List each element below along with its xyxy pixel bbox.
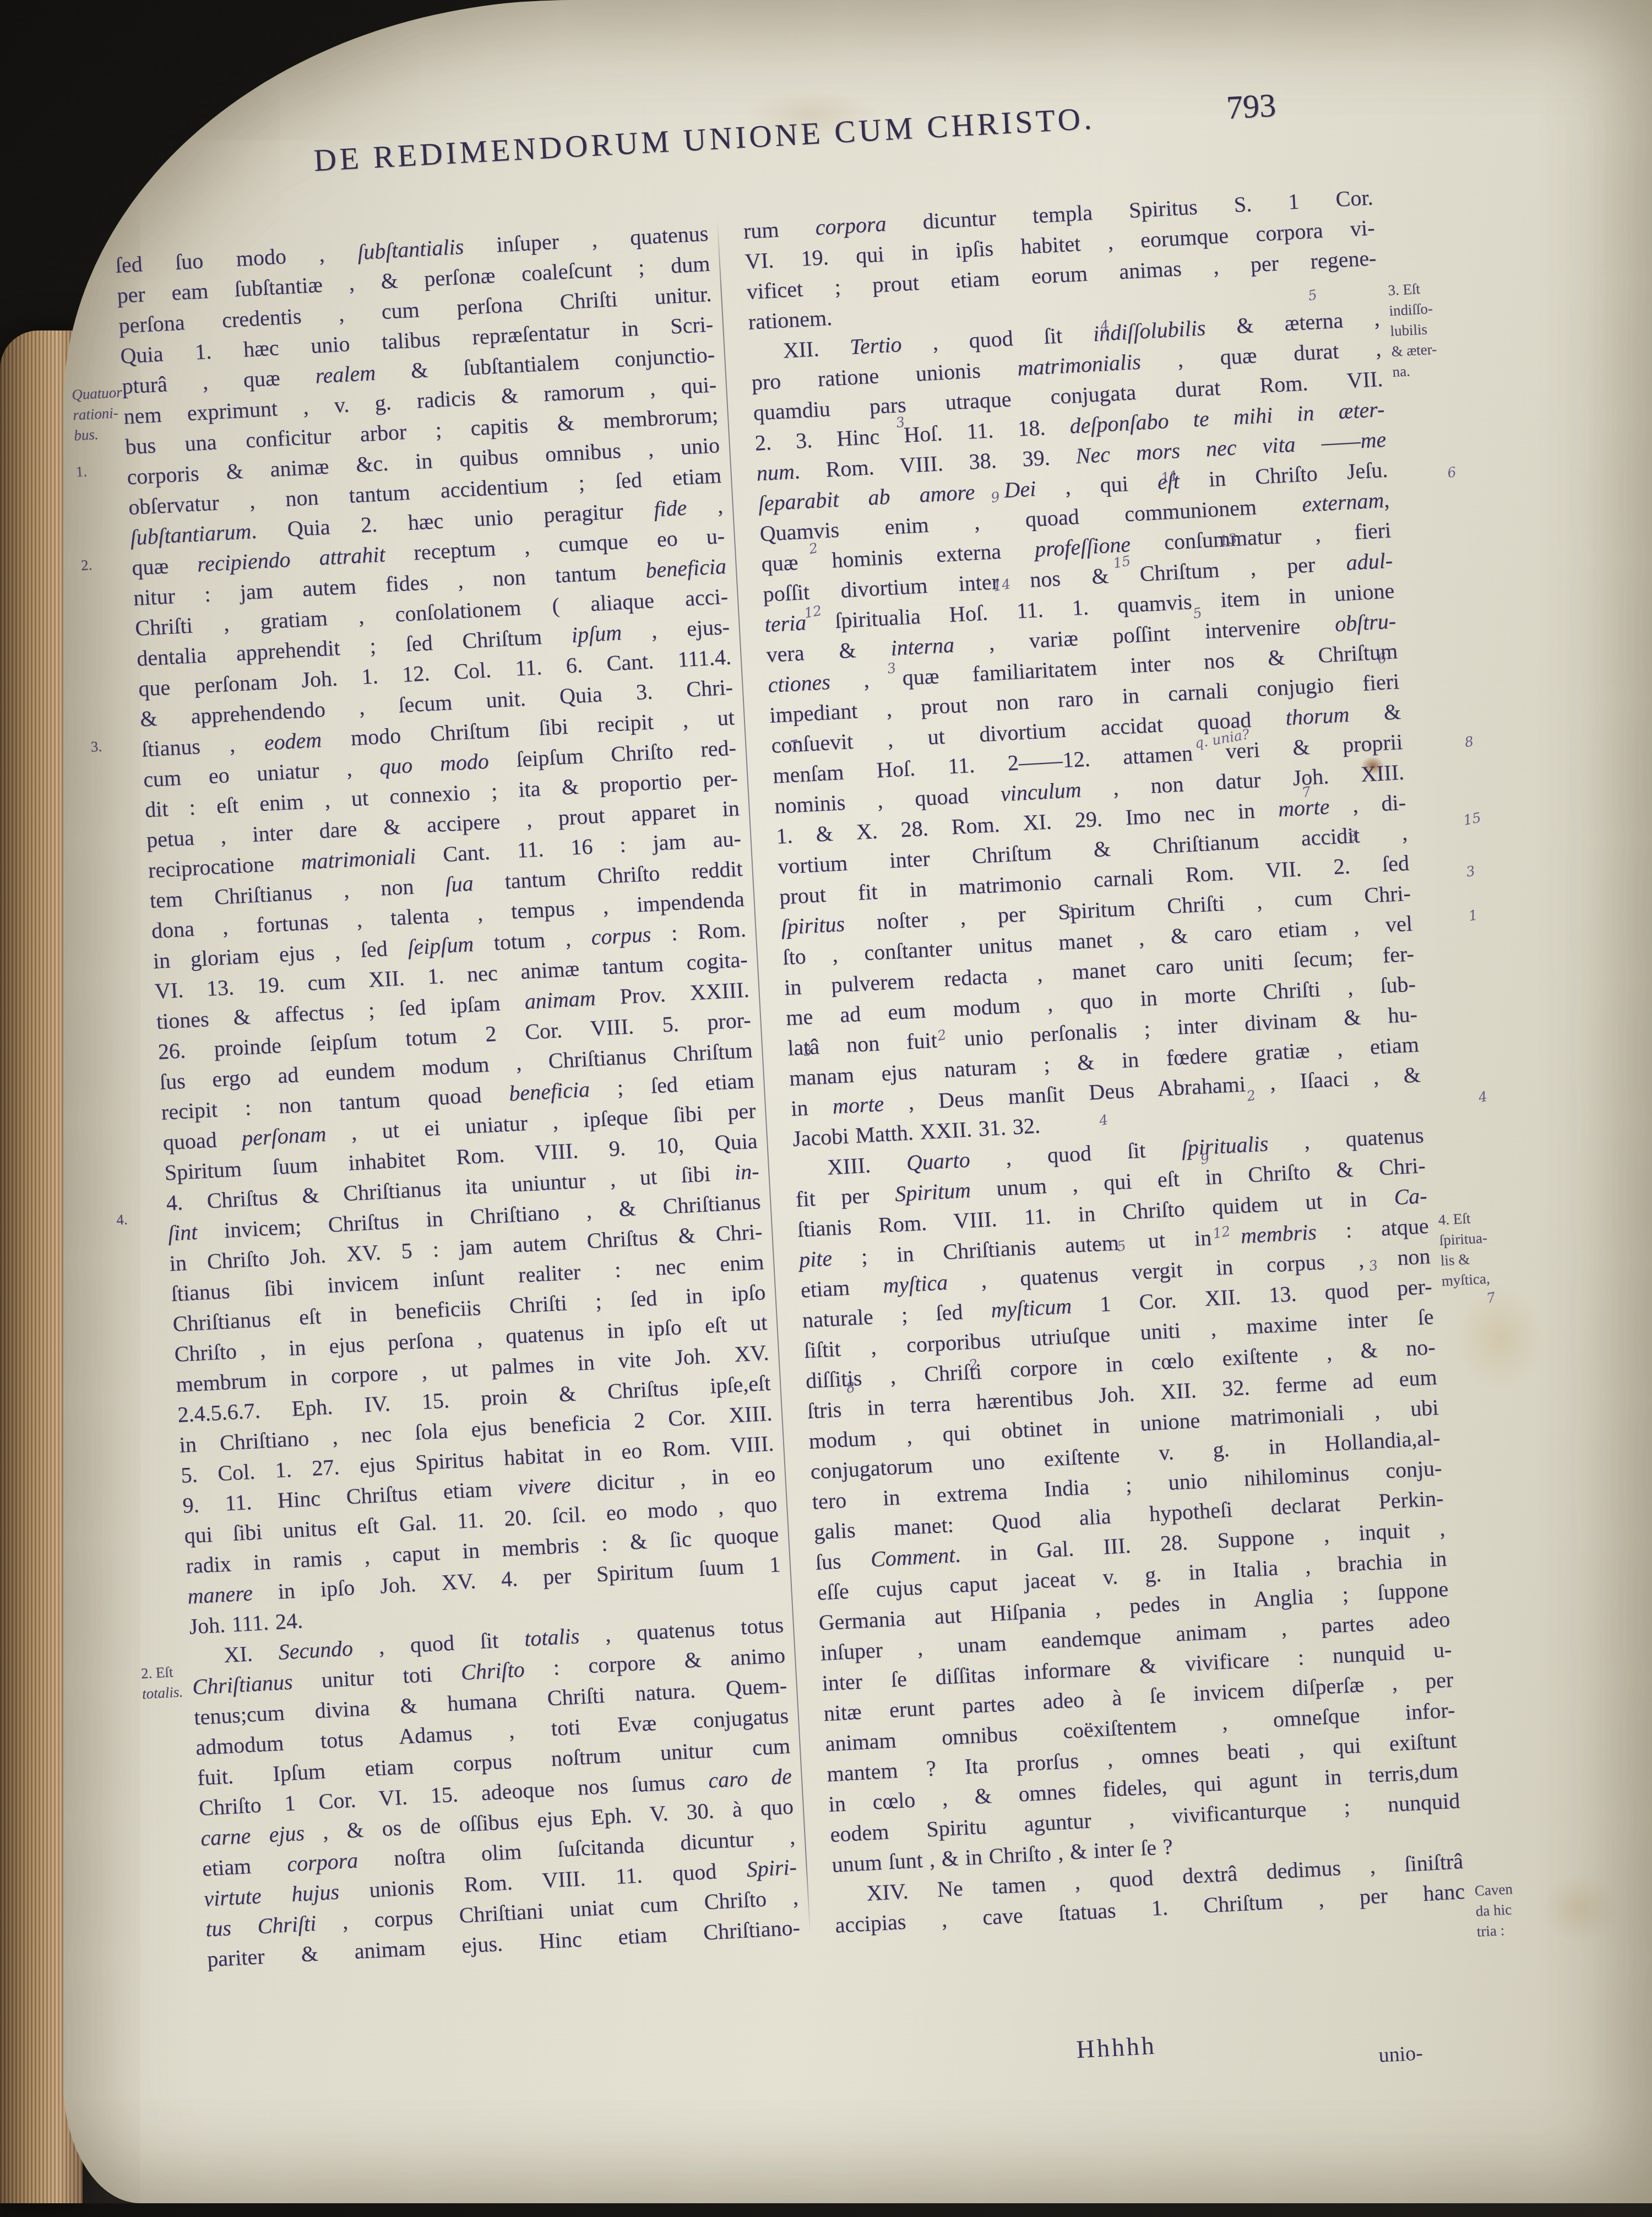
margin-note-line: totalis. [142, 1682, 183, 1704]
handwritten-number: 12 [803, 603, 823, 621]
margin-note-line: 1. [75, 461, 88, 482]
margin-note-line: tria : [1476, 1920, 1515, 1942]
scanned-book-page: DE REDIMENDORUM UNIONE CUM CHRISTO. 793 … [63, 0, 1652, 2203]
handwritten-number: 12 [1211, 1223, 1231, 1242]
margin-note-line: & æter- [1390, 339, 1437, 362]
paragraph: XIII. Quarto , quod ſit ſpiritualis , qu… [794, 1120, 1463, 1880]
paragraph: XI. Secundo , quod ſit totalis , quatenu… [190, 1609, 801, 1974]
margin-note: 3. [90, 736, 102, 757]
page-content: DE REDIMENDORUM UNIONE CUM CHRISTO. 793 … [46, 19, 1652, 2203]
paragraph: XII. Tertio , quod ſit indiſſolubilis & … [749, 303, 1423, 1154]
margin-note-line: da hic [1475, 1899, 1514, 1922]
margin-note-line: rationi- [72, 403, 123, 426]
margin-note-line: lis & [1440, 1248, 1490, 1271]
margin-note-line: 4. [116, 1209, 128, 1230]
text-column-left: ſed ſuo modo , ſubſtantialis inſuper , q… [115, 218, 801, 1975]
margin-note-line: 4. Eſt [1438, 1207, 1487, 1231]
margin-note: 4. Eſtſpiritua-lis &myſtica, [1438, 1207, 1491, 1292]
handwritten-number: 13 [1218, 530, 1238, 549]
margin-note-line: 2. Eſt [140, 1661, 182, 1684]
margin-note-line: 2. [80, 555, 93, 576]
margin-note: 2. Eſttotalis. [140, 1661, 183, 1704]
text-column-right: rum corpora dicuntur templa Spiritus S. … [742, 182, 1465, 1940]
margin-note-line: 3. [90, 736, 102, 757]
margin-note-line: 3. Eſt [1387, 278, 1434, 301]
handwritten-number: 11 [1160, 467, 1180, 486]
handwritten-number: 15 [1112, 552, 1132, 571]
signature-mark: Hhhhh [1000, 2026, 1232, 2068]
margin-note-line: Quatuor [71, 382, 122, 405]
margin-note-line: na. [1392, 359, 1438, 382]
margin-note-line: indiſſo- [1388, 299, 1435, 321]
margin-note-line: bus. [73, 423, 124, 446]
catchword: unio- [1378, 2041, 1423, 2067]
margin-note: 4. [116, 1209, 128, 1230]
page-title: DE REDIMENDORUM UNIONE CUM CHRISTO. [181, 94, 1227, 186]
margin-note-line: Caven [1474, 1879, 1513, 1901]
handwritten-number: 14 [992, 576, 1012, 594]
margin-note: 1. [75, 461, 88, 482]
margin-note: 2. [80, 555, 93, 576]
margin-note: 3. Eſtindiſſo-lubilis& æter-na. [1387, 278, 1438, 382]
margin-note-line: myſtica, [1441, 1269, 1491, 1292]
handwritten-number: 15 [1462, 810, 1482, 828]
page-number: 793 [1225, 86, 1277, 127]
margin-note-line: lubilis [1389, 319, 1436, 342]
margin-note: Quatuorrationi-bus. [71, 382, 124, 446]
margin-note-line: ſpiritua- [1439, 1228, 1488, 1251]
paragraph: ſed ſuo modo , ſubſtantialis inſuper , q… [115, 218, 782, 1642]
margin-note: Cavenda hictria : [1474, 1879, 1515, 1942]
